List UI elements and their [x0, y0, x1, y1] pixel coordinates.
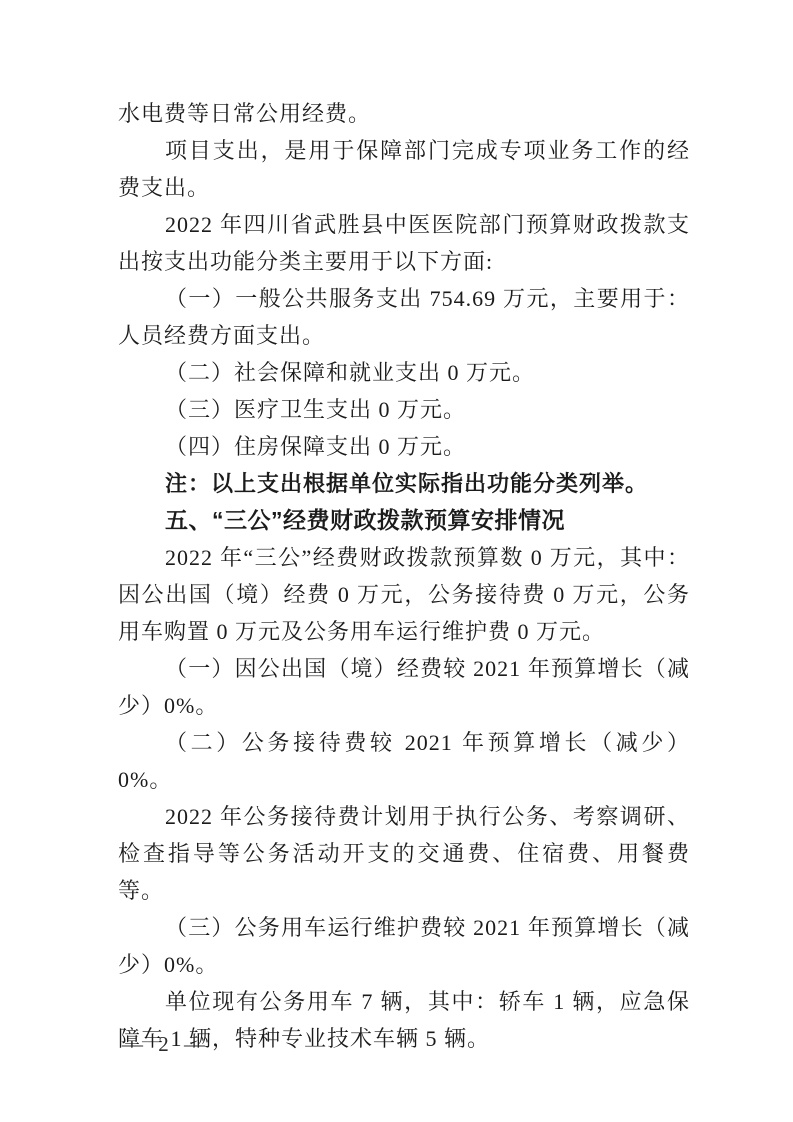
paragraph-item-1-general-public-services: （一）一般公共服务支出 754.69 万元，主要用于：人员经费方面支出。: [118, 280, 690, 354]
paragraph-item-4-housing-security: （四）住房保障支出 0 万元。: [118, 428, 690, 465]
paragraph-item-1-overseas-trips: （一）因公出国（境）经费较 2021 年预算增长（减少）0%。: [118, 650, 690, 724]
section-heading-three-public-funds: 五、“三公”经费财政拨款预算安排情况: [118, 502, 690, 539]
paragraph-item-2-official-reception: （二）公务接待费较 2021 年预算增长（减少）0%。: [118, 724, 690, 798]
page-number: — 2 —: [122, 1032, 210, 1057]
paragraph-2022-three-public-budget: 2022 年“三公”经费财政拨款预算数 0 万元，其中：因公出国（境）经费 0 …: [118, 539, 690, 650]
paragraph-2022-reception-usage: 2022 年公务接待费计划用于执行公务、考察调研、检查指导等公务活动开支的交通费…: [118, 798, 690, 909]
document-page: 水电费等日常公用经费。 项目支出，是用于保障部门完成专项业务工作的经费支出。 2…: [0, 0, 793, 1122]
paragraph-project-expenditure: 项目支出，是用于保障部门完成专项业务工作的经费支出。: [118, 132, 690, 206]
paragraph-item-3-vehicle-maintenance: （三）公务用车运行维护费较 2021 年预算增长（减少）0%。: [118, 909, 690, 983]
paragraph-2022-functional-classification: 2022 年四川省武胜县中医医院部门预算财政拨款支出按支出功能分类主要用于以下方…: [118, 206, 690, 280]
paragraph-daily-public-funds: 水电费等日常公用经费。: [118, 95, 690, 132]
document-body: 水电费等日常公用经费。 项目支出，是用于保障部门完成专项业务工作的经费支出。 2…: [118, 95, 690, 1057]
paragraph-item-3-medical-health: （三）医疗卫生支出 0 万元。: [118, 391, 690, 428]
paragraph-item-2-social-security: （二）社会保障和就业支出 0 万元。: [118, 354, 690, 391]
note-line: 注：以上支出根据单位实际指出功能分类列举。: [118, 465, 690, 502]
